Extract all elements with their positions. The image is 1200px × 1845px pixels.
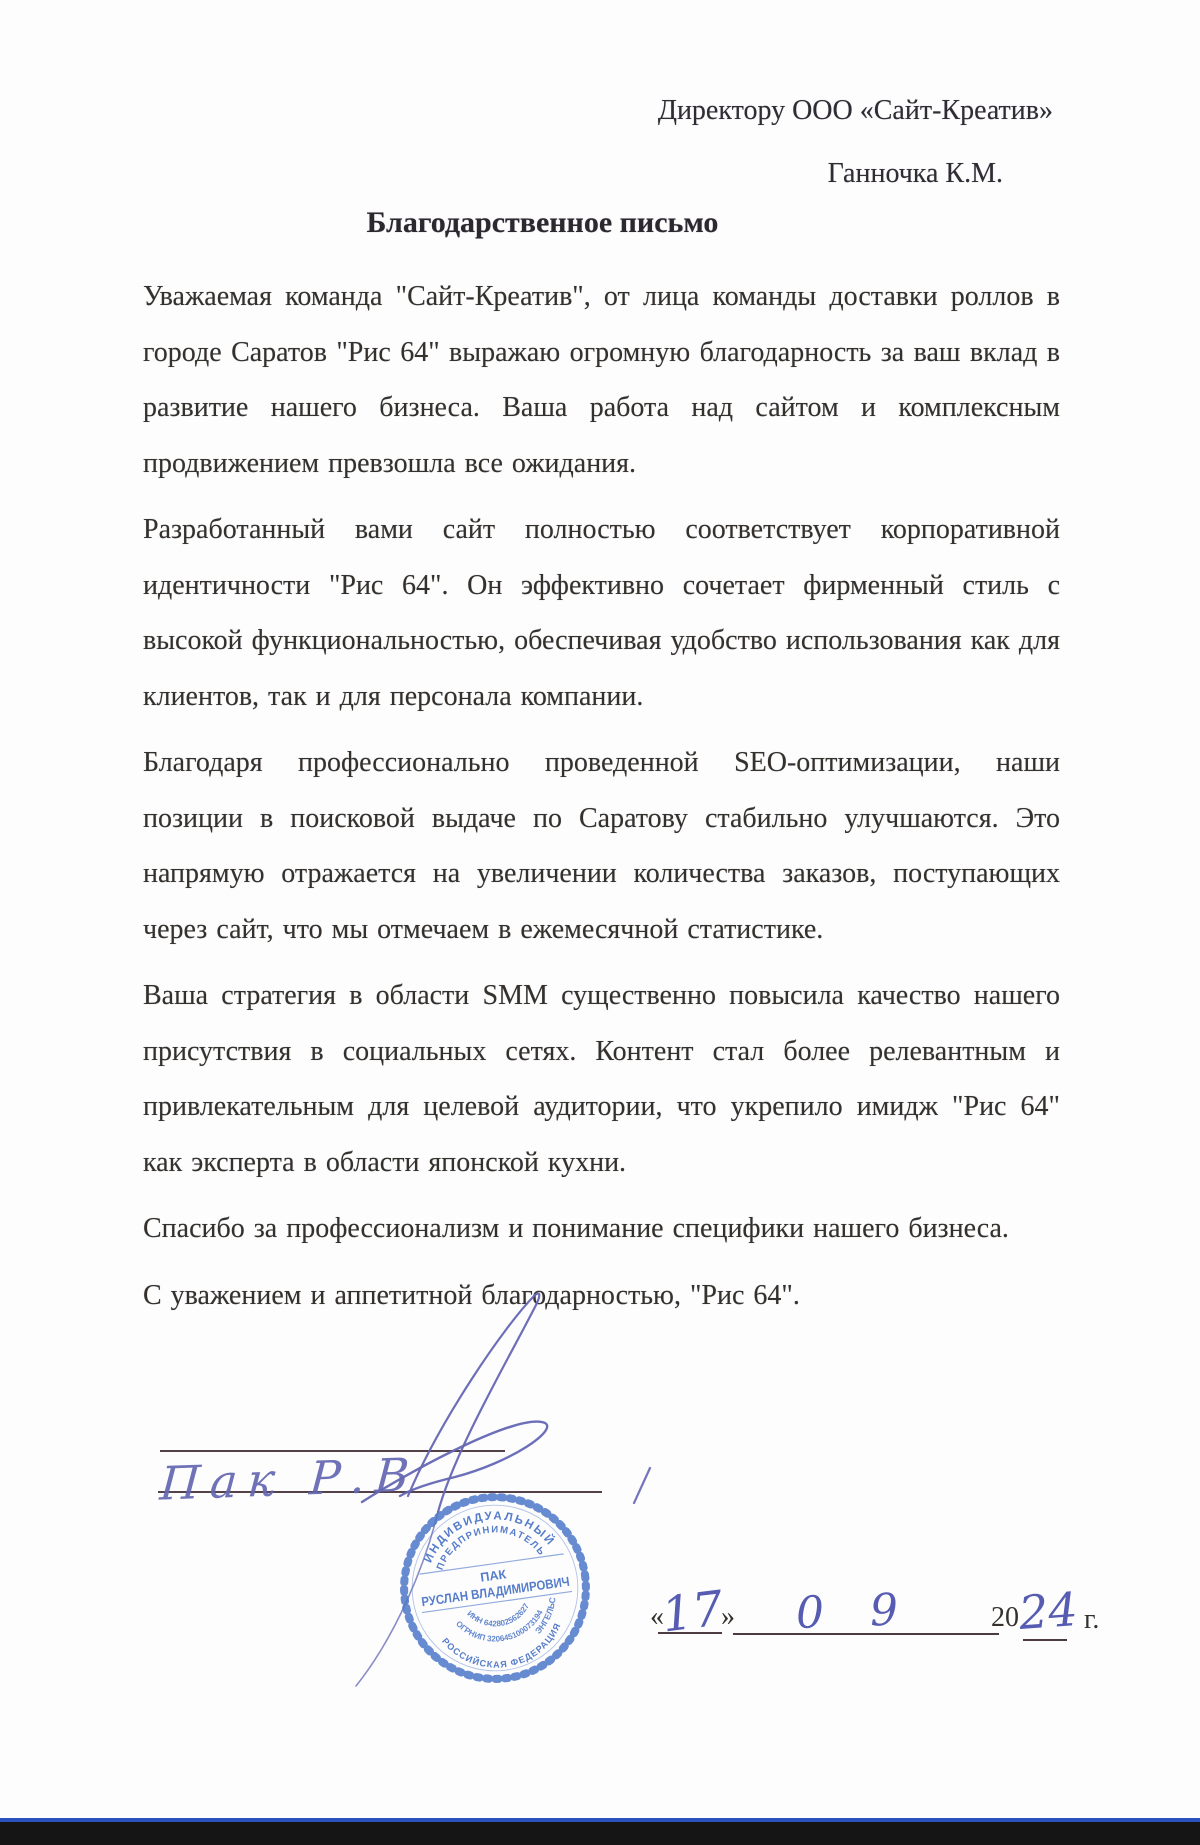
date-year-rule xyxy=(1023,1639,1067,1641)
paragraph-1: Уважаемая команда "Сайт-Креатив", от лиц… xyxy=(143,269,1060,491)
handwritten-name: Пак Р.В xyxy=(158,1447,421,1510)
date-year-suffix: г. xyxy=(1084,1604,1099,1636)
paragraph-5: Спасибо за профессионализм и понимание с… xyxy=(143,1201,1060,1257)
recipient-line-2: Ганночка К.М. xyxy=(828,158,1003,190)
date-year-handwritten: 24 xyxy=(1017,1582,1079,1640)
letter-title: Благодарственное письмо xyxy=(85,206,1000,240)
paragraph-4: Ваша стратегия в области SMM существенно… xyxy=(143,968,1060,1190)
round-stamp: ИНДИВИДУАЛЬНЫЙ ПРЕДПРИНИМАТЕЛЬ ПАК РУСЛА… xyxy=(394,1487,596,1689)
paragraph-6: С уважением и аппетитной благодарностью,… xyxy=(143,1268,1060,1324)
date-day-handwritten: 17 xyxy=(659,1580,726,1643)
scanned-letter-page: Директору ООО «Сайт-Креатив» Ганночка К.… xyxy=(0,0,1200,1845)
date-close-quote: » xyxy=(721,1601,735,1633)
paragraph-3: Благодаря профессионально проведенной SE… xyxy=(143,735,1060,957)
date-day-rule xyxy=(658,1632,722,1634)
recipient-line-1: Директору ООО «Сайт-Креатив» xyxy=(658,95,1053,127)
paragraph-2: Разработанный вами сайт полностью соотве… xyxy=(143,502,1060,724)
date-month-handwritten: 0 9 xyxy=(795,1584,915,1639)
letter-body: Уважаемая команда "Сайт-Креатив", от лиц… xyxy=(143,269,1060,1334)
date-year-printed: 20 xyxy=(991,1602,1019,1634)
signature-slash xyxy=(634,1468,650,1503)
scan-edge-black-band xyxy=(0,1822,1200,1845)
